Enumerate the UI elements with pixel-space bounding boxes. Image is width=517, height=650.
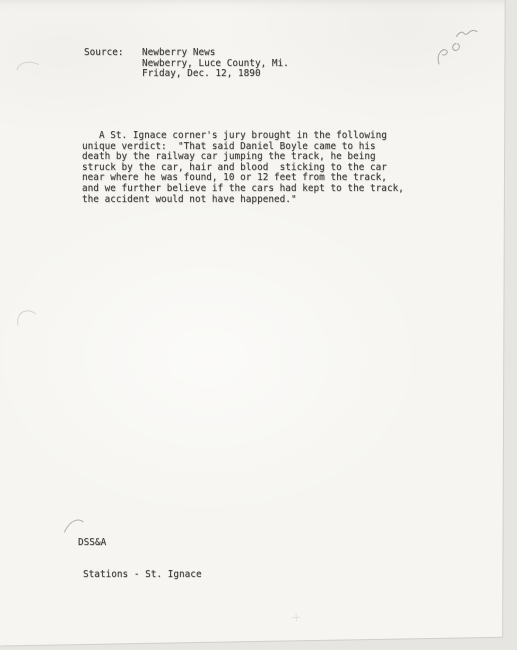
scanned-document-page: { "colors": { "paper": "#f6f5f1", "scan_… xyxy=(0,0,517,650)
archive-notation: DSS&A Stations - St. Ignace xyxy=(78,517,202,591)
railroad-abbreviation: DSS&A xyxy=(78,538,202,549)
source-citation: Newberry News Newberry, Luce County, Mi.… xyxy=(142,48,289,80)
verdict-paragraph: A St. Ignace corner's jury brought in th… xyxy=(82,131,404,205)
station-notation: Stations - St. Ignace xyxy=(78,570,202,581)
source-label: Source: xyxy=(84,48,124,59)
